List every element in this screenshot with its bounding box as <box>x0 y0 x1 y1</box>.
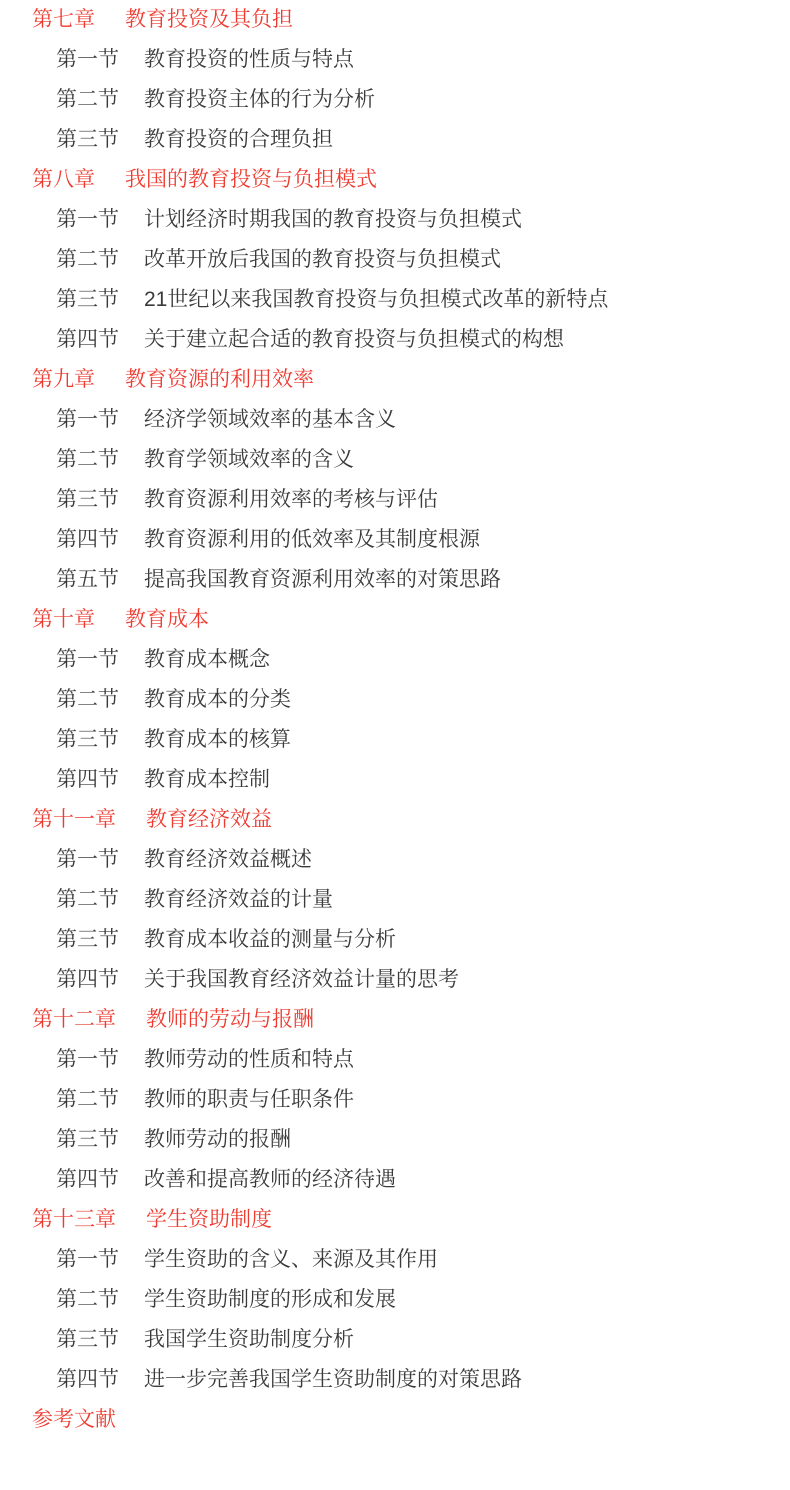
toc-section-item: 第四节教育成本控制 <box>0 760 790 800</box>
section-number: 第一节 <box>56 208 119 231</box>
section-title: 学生资助制度的形成和发展 <box>144 1288 396 1311</box>
toc-section-item: 第二节教育投资主体的行为分析 <box>0 80 790 120</box>
section-number: 第四节 <box>56 528 119 551</box>
section-number: 第三节 <box>56 1128 119 1151</box>
section-title: 21世纪以来我国教育投资与负担模式改革的新特点 <box>144 288 608 311</box>
toc-section-item: 第五节提高我国教育资源利用效率的对策思路 <box>0 560 790 600</box>
chapter-title: 教育成本 <box>125 608 209 631</box>
toc-chapter-heading: 第十一章教育经济效益 <box>0 800 790 840</box>
section-number: 第三节 <box>56 728 119 751</box>
references-label: 参考文献 <box>32 1408 116 1431</box>
section-number: 第四节 <box>56 1168 119 1191</box>
chapter-title: 学生资助制度 <box>146 1208 272 1231</box>
section-number: 第二节 <box>56 688 119 711</box>
toc-section-item: 第二节教育经济效益的计量 <box>0 880 790 920</box>
chapter-number: 第十三章 <box>32 1208 116 1231</box>
chapter-number: 第七章 <box>32 8 95 31</box>
toc-section-item: 第二节教育学领域效率的含义 <box>0 440 790 480</box>
toc-section-item: 第一节教育成本概念 <box>0 640 790 680</box>
toc-chapter-heading: 第八章我国的教育投资与负担模式 <box>0 160 790 200</box>
section-title: 教育资源利用效率的考核与评估 <box>144 488 438 511</box>
section-title: 教育学领域效率的含义 <box>144 448 354 471</box>
section-number: 第三节 <box>56 928 119 951</box>
section-title: 我国学生资助制度分析 <box>144 1328 354 1351</box>
section-title: 改革开放后我国的教育投资与负担模式 <box>144 248 501 271</box>
toc-section-item: 第三节教育投资的合理负担 <box>0 120 790 160</box>
toc-section-item: 第三节教育成本收益的测量与分析 <box>0 920 790 960</box>
section-number: 第四节 <box>56 768 119 791</box>
chapter-number: 第八章 <box>32 168 95 191</box>
toc-section-item: 第二节改革开放后我国的教育投资与负担模式 <box>0 240 790 280</box>
section-title: 提高我国教育资源利用效率的对策思路 <box>144 568 501 591</box>
chapter-title: 教育经济效益 <box>146 808 272 831</box>
section-number: 第三节 <box>56 128 119 151</box>
toc-section-item: 第四节关于建立起合适的教育投资与负担模式的构想 <box>0 320 790 360</box>
section-number: 第三节 <box>56 1328 119 1351</box>
section-number: 第二节 <box>56 1288 119 1311</box>
section-number: 第三节 <box>56 288 119 311</box>
section-title: 计划经济时期我国的教育投资与负担模式 <box>144 208 522 231</box>
section-number: 第一节 <box>56 1048 119 1071</box>
toc-section-item: 第二节学生资助制度的形成和发展 <box>0 1280 790 1320</box>
toc-section-item: 第三节教育成本的核算 <box>0 720 790 760</box>
section-number: 第一节 <box>56 848 119 871</box>
section-number: 第五节 <box>56 568 119 591</box>
section-title: 教育资源利用的低效率及其制度根源 <box>144 528 480 551</box>
section-number: 第二节 <box>56 1088 119 1111</box>
section-title: 教育成本概念 <box>144 648 270 671</box>
section-number: 第四节 <box>56 968 119 991</box>
chapter-title: 教育投资及其负担 <box>125 8 293 31</box>
toc-section-item: 第一节教育经济效益概述 <box>0 840 790 880</box>
chapter-number: 第十章 <box>32 608 95 631</box>
section-title: 教育经济效益概述 <box>144 848 312 871</box>
section-title: 经济学领域效率的基本含义 <box>144 408 396 431</box>
toc-chapter-heading: 第七章教育投资及其负担 <box>0 0 790 40</box>
section-title: 教育成本的分类 <box>144 688 291 711</box>
toc-section-item: 第四节进一步完善我国学生资助制度的对策思路 <box>0 1360 790 1400</box>
section-title: 改善和提高教师的经济待遇 <box>144 1168 396 1191</box>
toc-chapter-heading: 第十二章教师的劳动与报酬 <box>0 1000 790 1040</box>
chapter-title: 我国的教育投资与负担模式 <box>125 168 377 191</box>
section-title: 关于我国教育经济效益计量的思考 <box>144 968 459 991</box>
section-title: 教育投资的合理负担 <box>144 128 333 151</box>
toc-section-item: 第四节教育资源利用的低效率及其制度根源 <box>0 520 790 560</box>
section-number: 第一节 <box>56 408 119 431</box>
chapter-number: 第十一章 <box>32 808 116 831</box>
toc-section-item: 第四节改善和提高教师的经济待遇 <box>0 1160 790 1200</box>
section-title: 教师劳动的报酬 <box>144 1128 291 1151</box>
chapter-number: 第十二章 <box>32 1008 116 1031</box>
section-title: 教育投资主体的行为分析 <box>144 88 375 111</box>
section-title: 教师的职责与任职条件 <box>144 1088 354 1111</box>
section-title: 教育经济效益的计量 <box>144 888 333 911</box>
toc-chapter-heading: 第十章教育成本 <box>0 600 790 640</box>
section-title: 进一步完善我国学生资助制度的对策思路 <box>144 1368 522 1391</box>
toc-chapter-heading: 第十三章学生资助制度 <box>0 1200 790 1240</box>
toc-section-item: 第三节21世纪以来我国教育投资与负担模式改革的新特点 <box>0 280 790 320</box>
section-title: 教育成本收益的测量与分析 <box>144 928 396 951</box>
section-number: 第一节 <box>56 648 119 671</box>
toc-section-item: 第一节教师劳动的性质和特点 <box>0 1040 790 1080</box>
toc-section-item: 第三节教师劳动的报酬 <box>0 1120 790 1160</box>
section-title: 教育成本控制 <box>144 768 270 791</box>
toc-section-item: 第二节教育成本的分类 <box>0 680 790 720</box>
toc-section-item: 第四节关于我国教育经济效益计量的思考 <box>0 960 790 1000</box>
section-number: 第四节 <box>56 328 119 351</box>
section-title: 教育成本的核算 <box>144 728 291 751</box>
chapter-list: 第七章教育投资及其负担第一节教育投资的性质与特点第二节教育投资主体的行为分析第三… <box>0 0 790 1400</box>
section-number: 第二节 <box>56 448 119 471</box>
toc-section-item: 第一节教育投资的性质与特点 <box>0 40 790 80</box>
chapter-number: 第九章 <box>32 368 95 391</box>
section-number: 第四节 <box>56 1368 119 1391</box>
toc-section-item: 第三节教育资源利用效率的考核与评估 <box>0 480 790 520</box>
table-of-contents-page: 第七章教育投资及其负担第一节教育投资的性质与特点第二节教育投资主体的行为分析第三… <box>0 0 790 1440</box>
toc-section-item: 第二节教师的职责与任职条件 <box>0 1080 790 1120</box>
section-title: 学生资助的含义、来源及其作用 <box>144 1248 438 1271</box>
references-heading: 参考文献 <box>0 1400 790 1440</box>
section-title: 教育投资的性质与特点 <box>144 48 354 71</box>
toc-chapter-heading: 第九章教育资源的利用效率 <box>0 360 790 400</box>
chapter-title: 教师的劳动与报酬 <box>146 1008 314 1031</box>
toc-section-item: 第三节我国学生资助制度分析 <box>0 1320 790 1360</box>
section-title: 教师劳动的性质和特点 <box>144 1048 354 1071</box>
toc-section-item: 第一节学生资助的含义、来源及其作用 <box>0 1240 790 1280</box>
section-number: 第一节 <box>56 1248 119 1271</box>
section-title: 关于建立起合适的教育投资与负担模式的构想 <box>144 328 564 351</box>
section-number: 第一节 <box>56 48 119 71</box>
section-number: 第三节 <box>56 488 119 511</box>
section-number: 第二节 <box>56 888 119 911</box>
section-number: 第二节 <box>56 248 119 271</box>
section-number: 第二节 <box>56 88 119 111</box>
toc-section-item: 第一节经济学领域效率的基本含义 <box>0 400 790 440</box>
toc-section-item: 第一节计划经济时期我国的教育投资与负担模式 <box>0 200 790 240</box>
chapter-title: 教育资源的利用效率 <box>125 368 314 391</box>
